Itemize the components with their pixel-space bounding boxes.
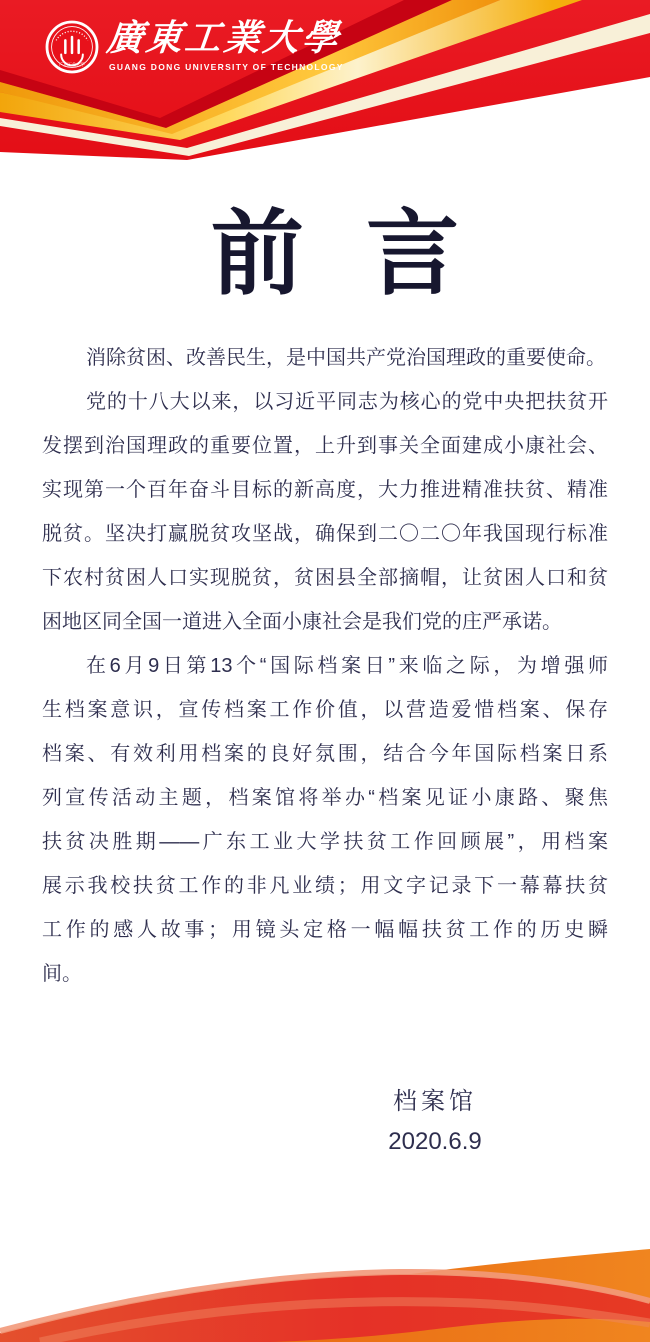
body-line: 下农村贫困人口实现脱贫，贫困县全部摘帽，让贫困人口和贫 <box>42 556 608 600</box>
body-line: 扶贫决胜期——广东工业大学扶贫工作回顾展”，用档案 <box>42 820 608 864</box>
university-name-zh: 廣東工業大學 <box>104 14 339 62</box>
signature-block: 档案馆 2020.6.9 <box>325 1082 545 1162</box>
body-line: 列宣传活动主题，档案馆将举办“档案见证小康路、聚焦 <box>42 776 608 820</box>
body-line: 档案、有效利用档案的良好氛围，结合今年国际档案日系 <box>42 732 608 776</box>
body-line: 展示我校扶贫工作的非凡业绩；用文字记录下一幕幕扶贫 <box>42 864 608 908</box>
body-line: 实现第一个百年奋斗目标的新高度，大力推进精准扶贫、精准 <box>42 468 608 512</box>
body-line: 发摆到治国理政的重要位置，上升到事关全面建成小康社会、 <box>42 424 608 468</box>
university-name-en: GUANG DONG UNIVERSITY OF TECHNOLOGY <box>109 62 409 72</box>
body-line: 党的十八大以来，以习近平同志为核心的党中央把扶贫开 <box>42 380 608 424</box>
poster-page: 广东工业大学 廣東工業大學 GUANG DONG UNIVERSITY OF T… <box>0 0 650 1342</box>
body-line: 脱贫。坚决打赢脱贫攻坚战，确保到二〇二〇年我国现行标准 <box>42 512 608 556</box>
body-line: 工作的感人故事；用镜头定格一幅幅扶贫工作的历史瞬 <box>42 908 608 952</box>
seal-bottom-text: 广东工业大学 <box>59 61 86 68</box>
body-line: 间。 <box>42 952 608 996</box>
body-line: 在6月9日第13个“国际档案日”来临之际，为增强师 <box>42 644 608 688</box>
body-text: 消除贫困、改善民生，是中国共产党治国理政的重要使命。 党的十八大以来，以习近平同… <box>42 336 608 996</box>
body-line: 消除贫困、改善民生，是中国共产党治国理政的重要使命。 <box>42 336 608 380</box>
page-title: 前 言 <box>0 204 650 304</box>
footer-waves <box>0 1227 650 1342</box>
signature-name: 档案馆 <box>325 1082 545 1122</box>
signature-date: 2020.6.9 <box>325 1122 545 1162</box>
university-seal: 广东工业大学 <box>42 17 102 77</box>
body-line: 生档案意识，宣传档案工作价值，以营造爱惜档案、保存 <box>42 688 608 732</box>
body-line: 困地区同全国一道进入全面小康社会是我们党的庄严承诺。 <box>42 600 608 644</box>
